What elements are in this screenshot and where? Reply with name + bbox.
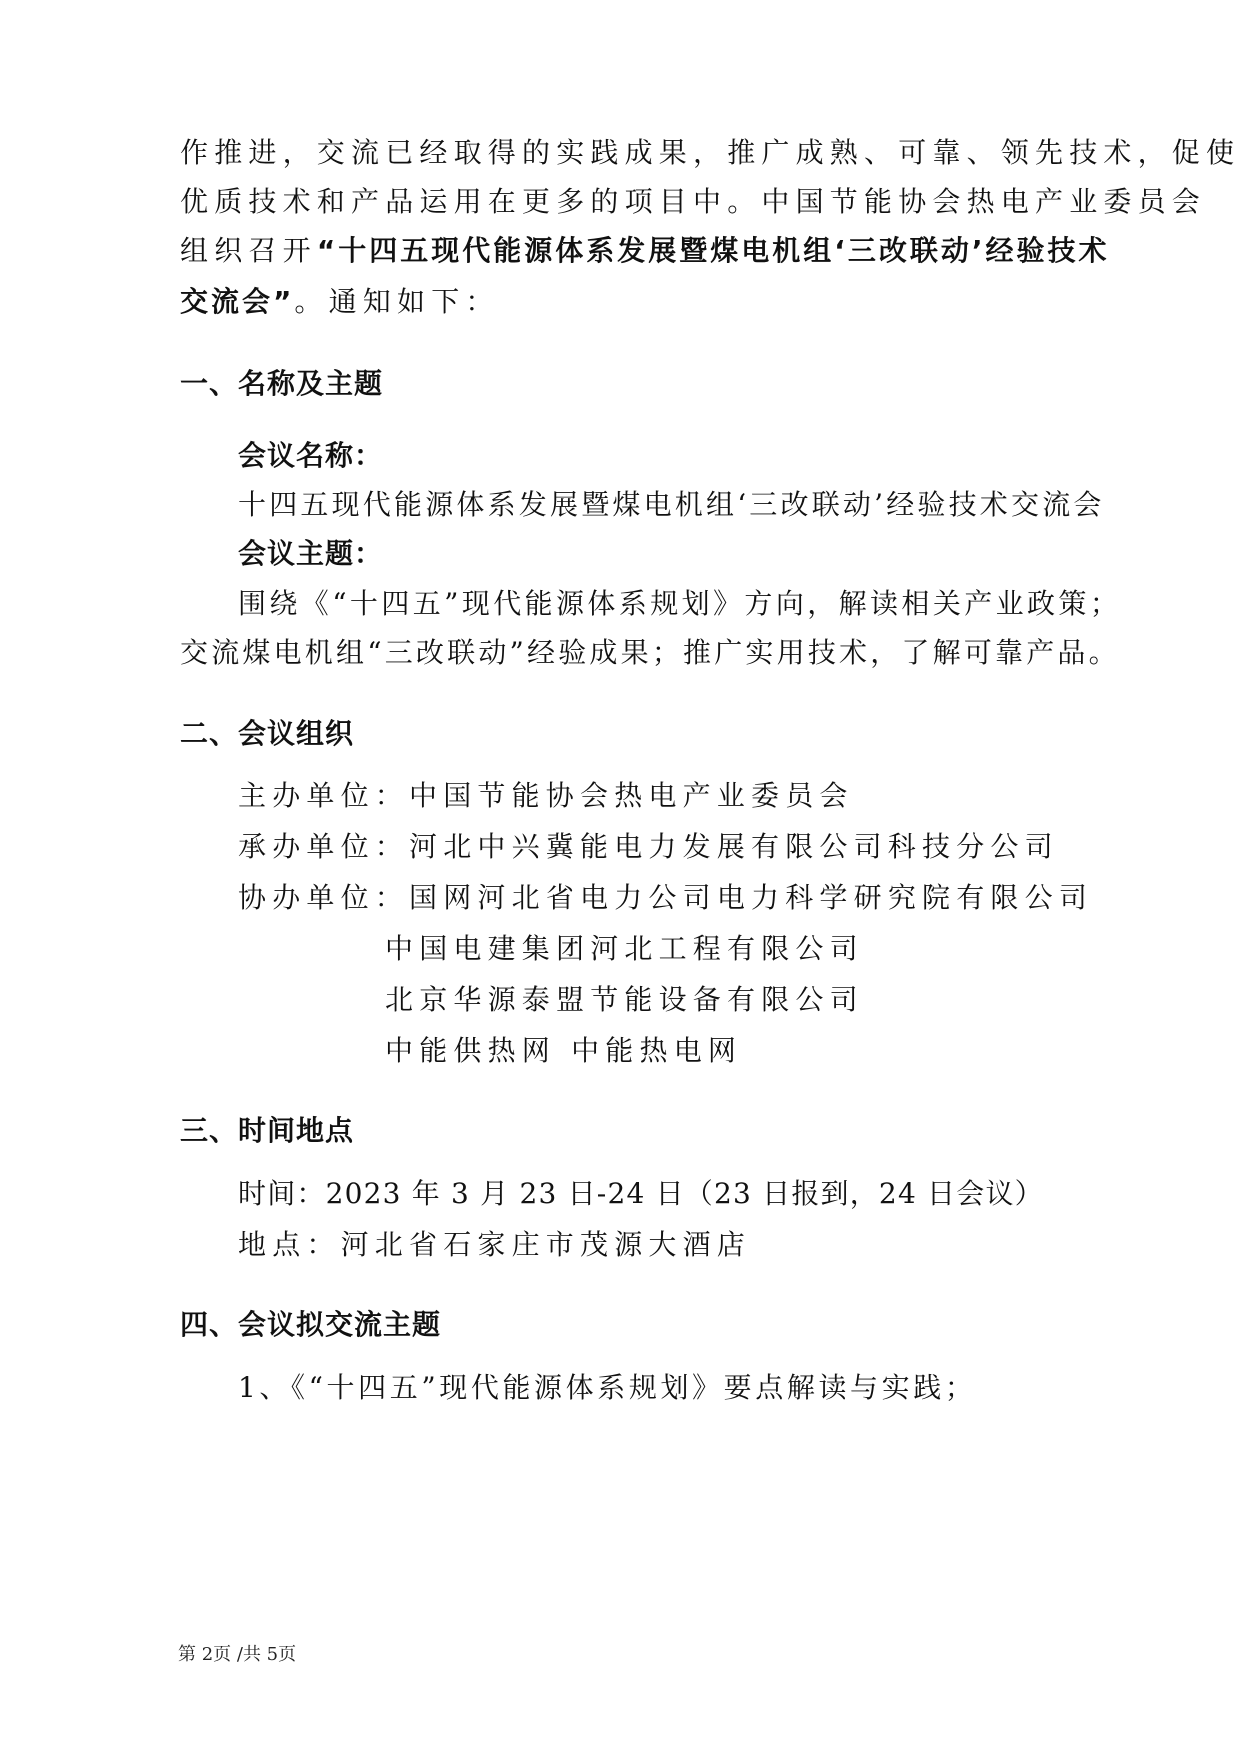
co-organizer-label: 协办单位： xyxy=(238,881,409,914)
meeting-name-value: 十四五现代能源体系发展暨煤电机组‘三改联动’经验技术交流会 xyxy=(238,485,1105,525)
meeting-theme-label: 会议主题： xyxy=(238,534,383,574)
page-indicator: 第 2页 /共 5页 xyxy=(178,1643,296,1667)
intro-line-1: 作推进，交流已经取得的实践成果，推广成熟、可靠、领先技术，促使 xyxy=(180,133,1240,173)
document-page: 作推进，交流已经取得的实践成果，推广成熟、可靠、领先技术，促使 优质技术和产品运… xyxy=(0,0,1240,1754)
co-organizer-1: 国网河北省电力公司电力科学研究院有限公司 xyxy=(409,881,1093,914)
co-organizer-2: 中国电建集团河北工程有限公司 xyxy=(385,929,864,969)
topic-item-1: 1、《“十四五”现代能源体系规划》要点解读与实践； xyxy=(238,1368,976,1408)
meeting-place: 地点：河北省石家庄市茂源大酒店 xyxy=(238,1225,751,1265)
intro-line-3: 组织召开“十四五现代能源体系发展暨煤电机组‘三改联动’经验技术 xyxy=(180,231,1110,271)
meeting-title-bold-end: 交流会” xyxy=(180,285,294,318)
intro-line-4: 交流会”。通知如下： xyxy=(180,282,500,322)
organizer-unit: 承办单位：河北中兴冀能电力发展有限公司科技分公司 xyxy=(238,827,1059,867)
intro-line-3-prefix: 组织召开 xyxy=(180,234,317,267)
host-unit: 主办单位：中国节能协会热电产业委员会 xyxy=(238,776,854,816)
meeting-title-bold: “十四五现代能源体系发展暨煤电机组‘三改联动’经验技术 xyxy=(317,234,1110,267)
meeting-time: 时间：2023 年 3 月 23 日-24 日（23 日报到，24 日会议） xyxy=(238,1174,1044,1214)
co-organizer-3: 北京华源泰盟节能设备有限公司 xyxy=(385,980,864,1020)
section-3-heading: 三、时间地点 xyxy=(180,1111,354,1151)
co-organizer-4: 中能供热网 中能热电网 xyxy=(385,1031,742,1071)
intro-line-2: 优质技术和产品运用在更多的项目中。中国节能协会热电产业委员会 xyxy=(180,182,1206,222)
intro-line-4-suffix: 。通知如下： xyxy=(294,285,499,318)
meeting-theme-line-1: 围绕《“十四五”现代能源体系规划》方向，解读相关产业政策； xyxy=(238,584,1121,624)
meeting-theme-line-2: 交流煤电机组“三改联动”经验成果；推广实用技术，了解可靠产品。 xyxy=(180,633,1120,673)
co-organizer-row: 协办单位：国网河北省电力公司电力科学研究院有限公司 xyxy=(238,878,1093,918)
meeting-name-label: 会议名称： xyxy=(238,436,383,476)
section-2-heading: 二、会议组织 xyxy=(180,714,354,754)
section-1-heading: 一、名称及主题 xyxy=(180,364,383,404)
section-4-heading: 四、会议拟交流主题 xyxy=(180,1305,441,1345)
